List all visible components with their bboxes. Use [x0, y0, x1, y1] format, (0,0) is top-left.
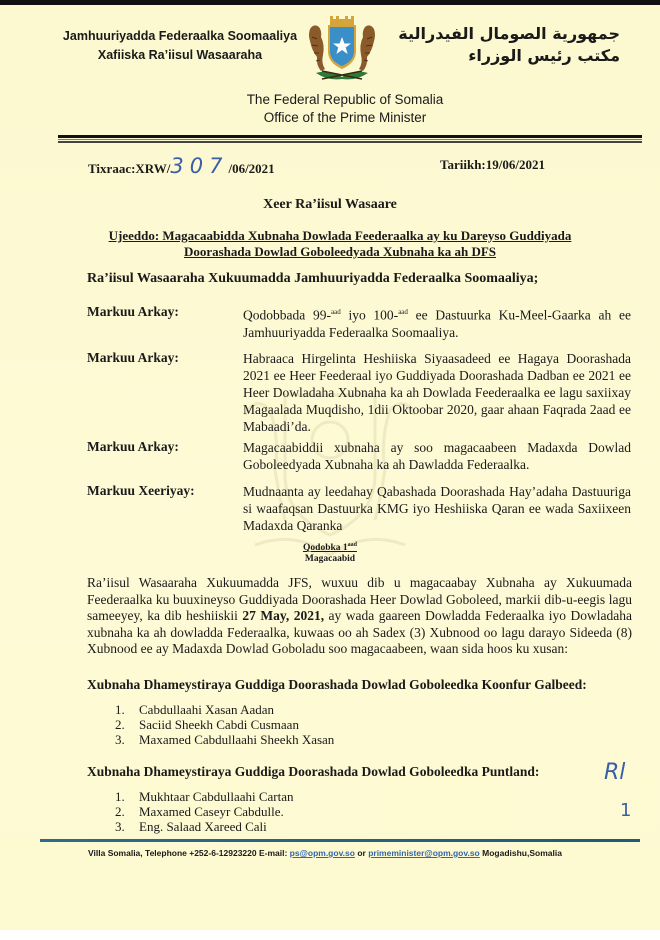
reference-number: Tixraac:XRW/307/06/2021 — [88, 154, 275, 178]
document-date: Tariikh:19/06/2021 — [440, 157, 545, 173]
article-title: Qodobka 1aad — [0, 540, 660, 554]
footer: Villa Somalia, Telephone +252-6-12923220… — [88, 848, 562, 858]
clause-text: Mudnaanta ay leedahay Qabashada Doorasha… — [243, 483, 631, 534]
handwritten-page-number: 1 — [620, 800, 631, 821]
list-item: 1.Cabdullaahi Xasan Aadan — [115, 702, 334, 717]
clause-label: Markuu Arkay: — [87, 350, 179, 366]
document-title: Xeer Ra’iisul Wasaare — [0, 197, 660, 213]
member-name: Eng. Salaad Xareed Cali — [139, 819, 267, 834]
reference-handwritten-number: 307 — [170, 154, 228, 178]
list-number: 1. — [115, 702, 139, 717]
clause-sup: aad — [398, 308, 408, 316]
clause-label: Markuu Xeeriyay: — [87, 483, 195, 499]
letterhead-english: The Federal Republic of Somalia Office o… — [180, 91, 510, 127]
document-page: Jamhuuriyadda Federaalka Soomaaliya Xafi… — [0, 5, 660, 930]
letterhead-arabic-line2: مكتب رئيس الوزراء — [395, 45, 620, 67]
email-link-primeminister[interactable]: primeminister@opm.gov.so — [368, 848, 480, 858]
letterhead-somali: Jamhuuriyadda Federaalka Soomaaliya Xafi… — [60, 27, 300, 65]
member-name: Mukhtaar Cabdullaahi Cartan — [139, 789, 294, 804]
list-item: 1.Mukhtaar Cabdullaahi Cartan — [115, 789, 294, 804]
letterhead-somali-line2: Xafiiska Ra’iisul Wasaaraha — [60, 46, 300, 65]
letterhead-english-line1: The Federal Republic of Somalia — [180, 91, 510, 109]
handwritten-initials: Rl — [604, 760, 625, 785]
article-subtitle: Magacaabid — [0, 554, 660, 565]
member-name: Cabdullaahi Xasan Aadan — [139, 702, 274, 717]
coat-of-arms-icon — [302, 15, 382, 87]
list-item: 3.Maxamed Cabdullaahi Sheekh Xasan — [115, 732, 334, 747]
clause-sup: aad — [331, 308, 341, 316]
letterhead-somali-line1: Jamhuuriyadda Federaalka Soomaaliya — [60, 27, 300, 46]
clause-text-part: iyo 100- — [341, 308, 398, 323]
clause-label: Markuu Arkay: — [87, 304, 179, 320]
list-number: 2. — [115, 804, 139, 819]
member-name: Maxamed Caseyr Cabdulle. — [139, 804, 284, 819]
list-number: 3. — [115, 819, 139, 834]
reference-prefix: Tixraac:XRW/ — [88, 161, 170, 176]
section-heading: Xubnaha Dhameystiraya Guddiga Doorashada… — [87, 677, 587, 693]
clause-text: Qodobbada 99-aad iyo 100-aad ee Dastuurk… — [243, 304, 631, 341]
subject-line2: Doorashada Dowlad Goboleedyada Xubnaha k… — [80, 244, 600, 260]
article-title-text: Qodobka 1 — [303, 543, 348, 553]
member-name: Saciid Sheekh Cabdi Cusmaan — [139, 717, 299, 732]
clause-label: Markuu Arkay: — [87, 439, 179, 455]
preamble: Ra’iisul Wasaaraha Xukuumadda Jamhuuriya… — [87, 271, 538, 287]
subject-line1: Ujeeddo: Magacaabidda Xubnaha Dowlada Fe… — [80, 228, 600, 244]
list-item: 2.Maxamed Caseyr Cabdulle. — [115, 804, 294, 819]
clause-text: Habraaca Hirgelinta Heshiiska Siyaasadee… — [243, 350, 631, 435]
body-date: 27 May, 2021, — [242, 608, 324, 623]
email-link-ps[interactable]: ps@opm.gov.so — [290, 848, 355, 858]
reference-suffix: /06/2021 — [228, 161, 274, 176]
clause-text-part: Qodobbada 99- — [243, 308, 331, 323]
section-heading: Xubnaha Dhameystiraya Guddiga Doorashada… — [87, 764, 539, 780]
footer-divider — [40, 839, 640, 842]
letterhead-arabic-line1: جمهورية الصومال الفيدرالية — [395, 23, 620, 45]
list-number: 1. — [115, 789, 139, 804]
letterhead-arabic: جمهورية الصومال الفيدرالية مكتب رئيس الو… — [395, 23, 620, 67]
clause-text: Magacaabiddii xubnaha ay soo magacaabeen… — [243, 439, 631, 473]
footer-text: Mogadishu,Somalia — [480, 848, 562, 858]
member-list: 1.Mukhtaar Cabdullaahi Cartan 2.Maxamed … — [115, 789, 294, 834]
list-number: 2. — [115, 717, 139, 732]
article-heading: Qodobka 1aad Magacaabid — [0, 540, 660, 565]
list-item: 2.Saciid Sheekh Cabdi Cusmaan — [115, 717, 334, 732]
letterhead-english-line2: Office of the Prime Minister — [180, 109, 510, 127]
body-paragraph: Ra’iisul Wasaaraha Xukuumadda JFS, wuxuu… — [87, 575, 632, 658]
footer-text: Villa Somalia, Telephone +252-6-12923220… — [88, 848, 290, 858]
list-number: 3. — [115, 732, 139, 747]
member-name: Maxamed Cabdullaahi Sheekh Xasan — [139, 732, 334, 747]
footer-text: or — [355, 848, 368, 858]
member-list: 1.Cabdullaahi Xasan Aadan 2.Saciid Sheek… — [115, 702, 334, 747]
list-item: 3.Eng. Salaad Xareed Cali — [115, 819, 294, 834]
article-title-sup: aad — [348, 542, 357, 548]
document-subject: Ujeeddo: Magacaabidda Xubnaha Dowlada Fe… — [80, 228, 600, 260]
letterhead-divider — [58, 135, 642, 143]
